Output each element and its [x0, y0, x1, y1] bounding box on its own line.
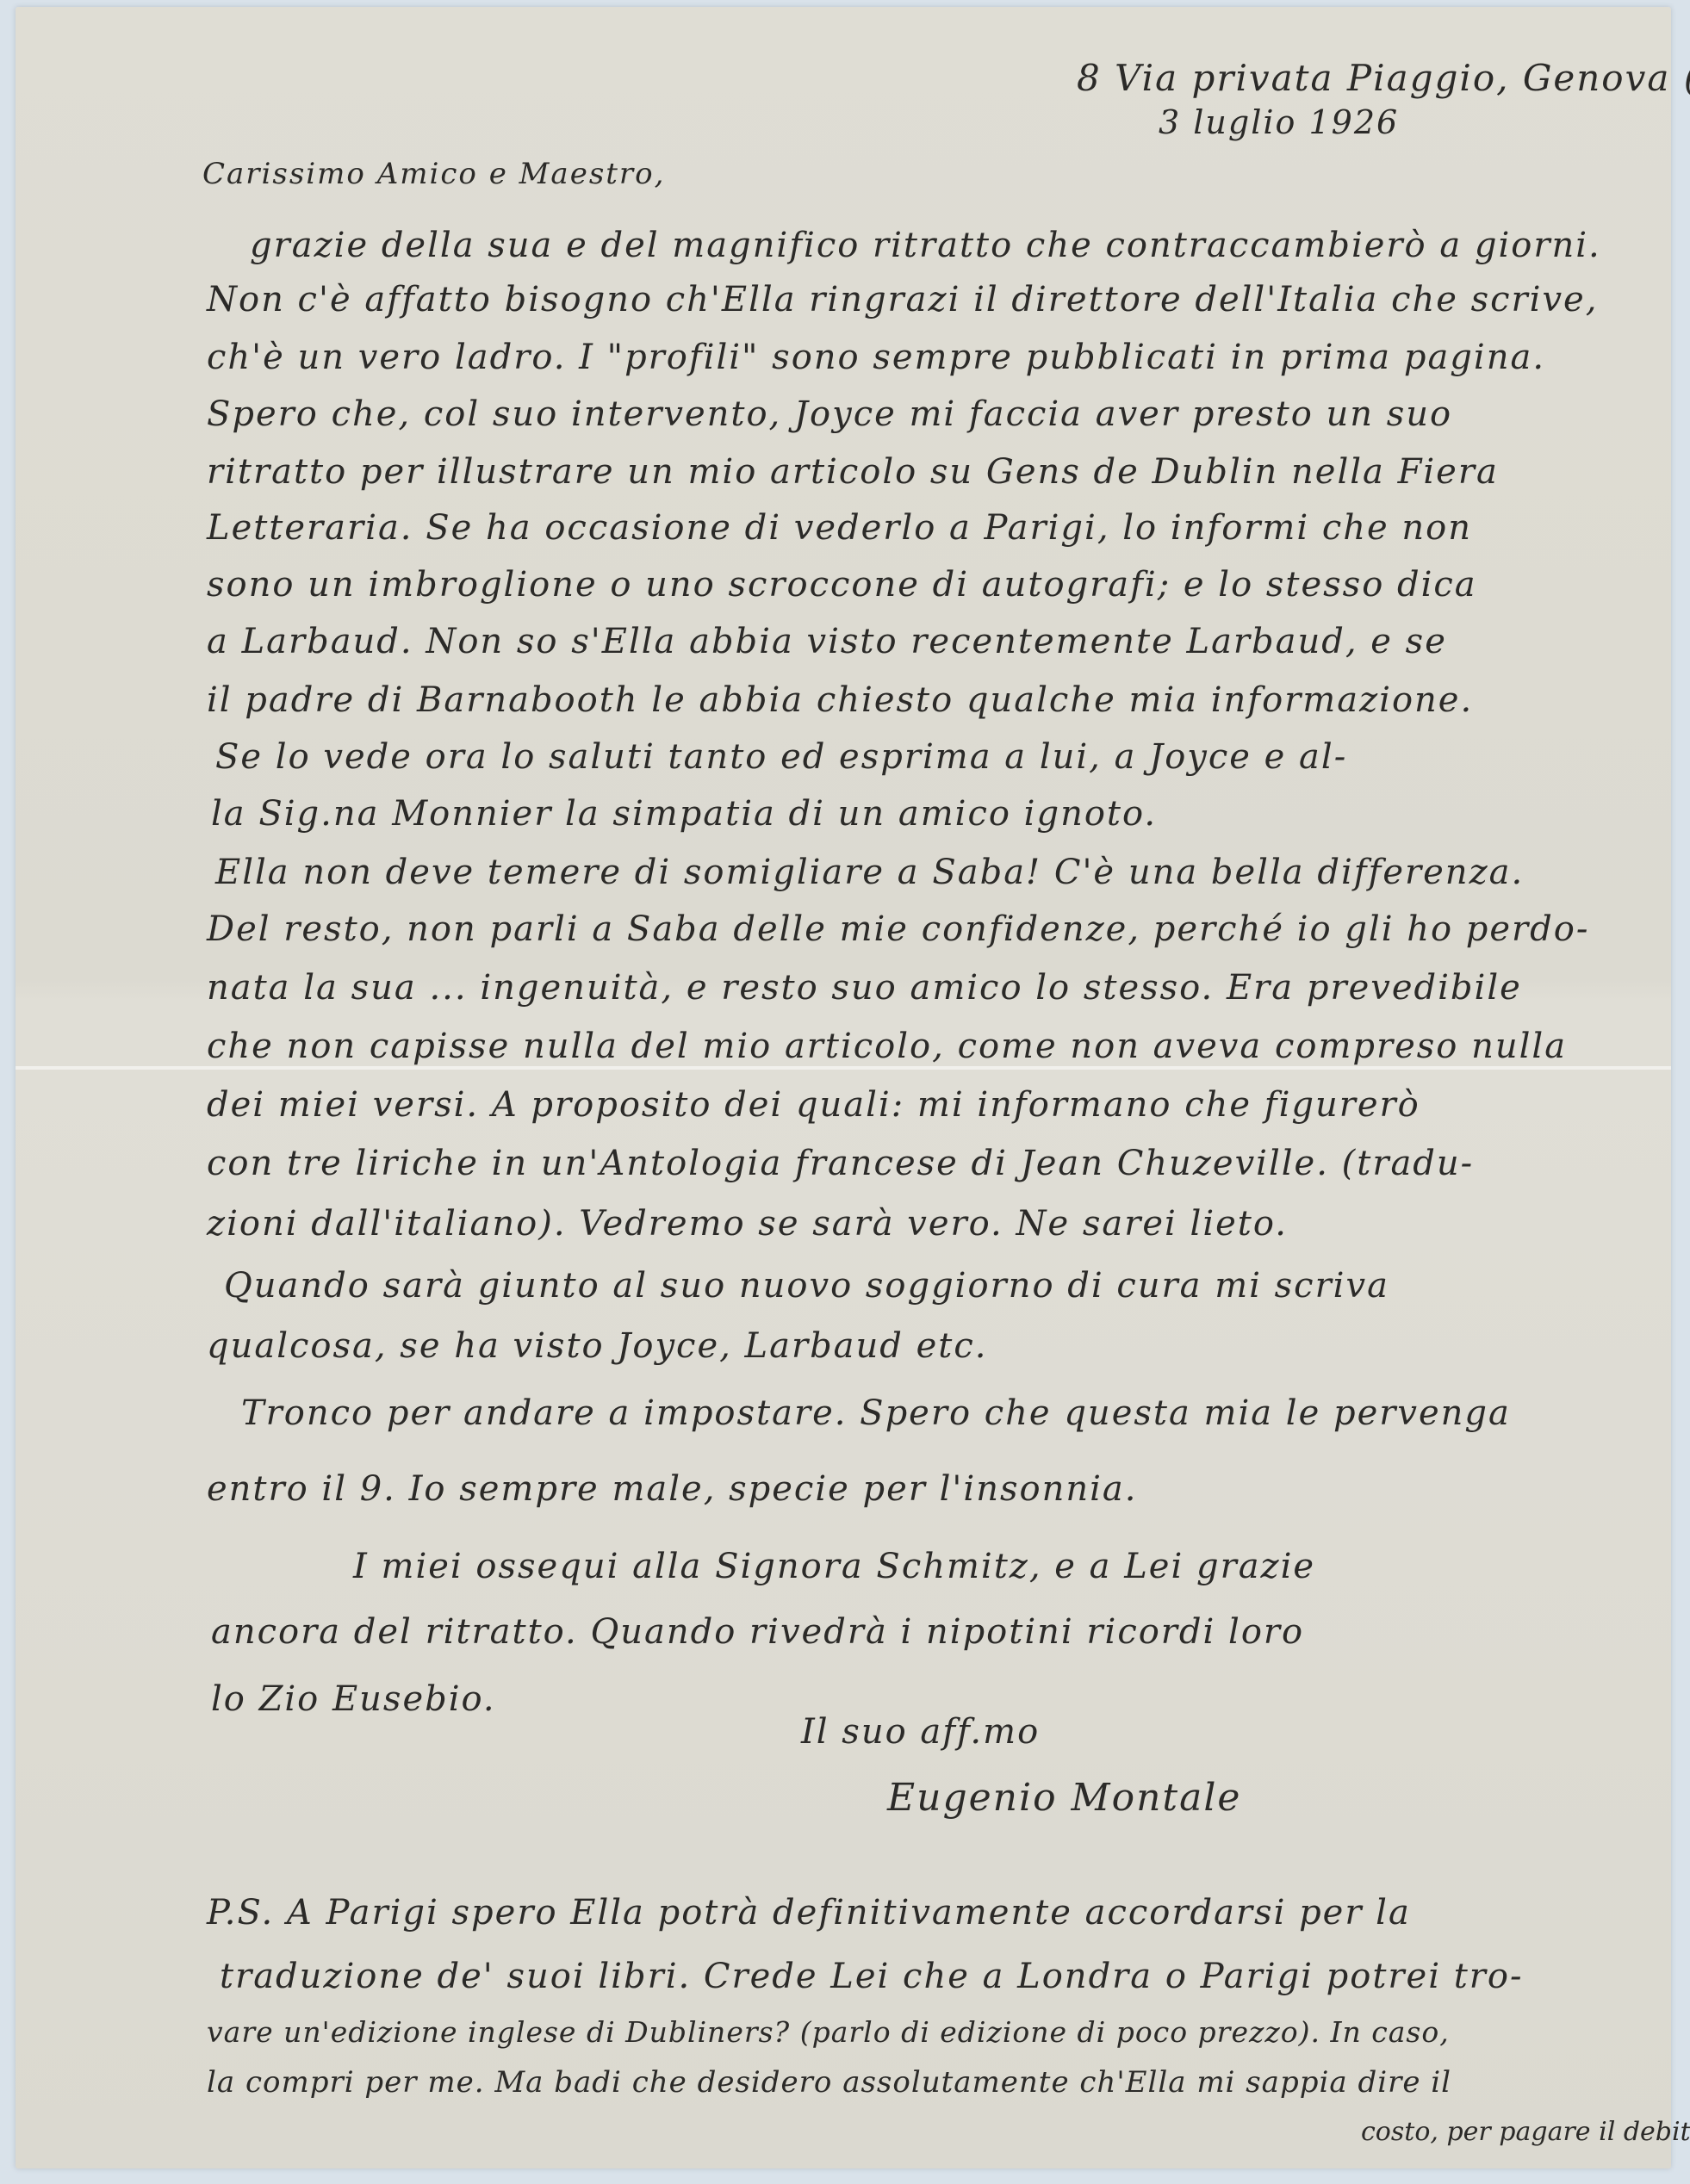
- postscript-line: P.S. A Parigi spero Ella potrà definitiv…: [207, 1893, 1411, 1933]
- paper-fold-crease: [16, 1066, 1671, 1070]
- postscript-line: costo, per pagare il debito: [1361, 2117, 1690, 2147]
- postscript-line: la compri per me. Ma badi che desidero a…: [207, 2065, 1451, 2100]
- body-line: lo Zio Eusebio.: [211, 1679, 496, 1719]
- salutation: Carissimo Amico e Maestro,: [202, 157, 665, 191]
- body-line: nata la sua ... ingenuità, e resto suo a…: [207, 968, 1522, 1008]
- closing: Il suo aff.mo: [801, 1712, 1040, 1752]
- body-line: la Sig.na Monnier la simpatia di un amic…: [211, 794, 1157, 834]
- body-line: ch'è un vero ladro. I "profili" sono sem…: [207, 338, 1545, 377]
- body-line: Ella non deve temere di somigliare a Sab…: [215, 853, 1524, 892]
- postscript-line: traduzione de' suoi libri. Crede Lei che…: [220, 1957, 1524, 1996]
- sender-address: 8 Via privata Piaggio, Genova (6): [1077, 57, 1690, 99]
- body-line: ritratto per illustrare un mio articolo …: [207, 452, 1499, 492]
- body-line: Quando sarà giunto al suo nuovo soggiorn…: [224, 1266, 1389, 1306]
- body-line: grazie della sua e del magnifico ritratt…: [250, 226, 1601, 265]
- body-line: il padre di Barnabooth le abbia chiesto …: [207, 680, 1473, 720]
- body-line: Non c'è affatto bisogno ch'Ella ringrazi…: [207, 280, 1598, 320]
- signature: Eugenio Montale: [887, 1776, 1241, 1820]
- postscript-line: vare un'edizione inglese di Dubliners? (…: [207, 2015, 1450, 2049]
- body-line: entro il 9. Io sempre male, specie per l…: [207, 1469, 1137, 1509]
- body-line: Spero che, col suo intervento, Joyce mi …: [207, 394, 1452, 434]
- body-line: Tronco per andare a impostare. Spero che…: [241, 1393, 1511, 1433]
- body-line: sono un imbroglione o uno scroccone di a…: [207, 565, 1477, 605]
- letter-date: 3 luglio 1926: [1159, 103, 1399, 141]
- body-line: zioni dall'italiano). Vedremo se sarà ve…: [207, 1204, 1288, 1244]
- body-line: a Larbaud. Non so s'Ella abbia visto rec…: [207, 622, 1447, 661]
- body-line: che non capisse nulla del mio articolo, …: [207, 1027, 1567, 1066]
- body-line: con tre liriche in un'Antologia francese…: [207, 1144, 1474, 1183]
- body-line: Del resto, non parli a Saba delle mie co…: [207, 909, 1589, 949]
- body-line: Letteraria. Se ha occasione di vederlo a…: [207, 508, 1472, 548]
- body-line: dei miei versi. A proposito dei quali: m…: [207, 1085, 1420, 1125]
- body-line: qualcosa, se ha visto Joyce, Larbaud etc…: [207, 1326, 987, 1366]
- body-line: I miei ossequi alla Signora Schmitz, e a…: [353, 1547, 1315, 1586]
- body-line: ancora del ritratto. Quando rivedrà i ni…: [211, 1612, 1304, 1652]
- body-line: Se lo vede ora lo saluti tanto ed esprim…: [215, 737, 1347, 777]
